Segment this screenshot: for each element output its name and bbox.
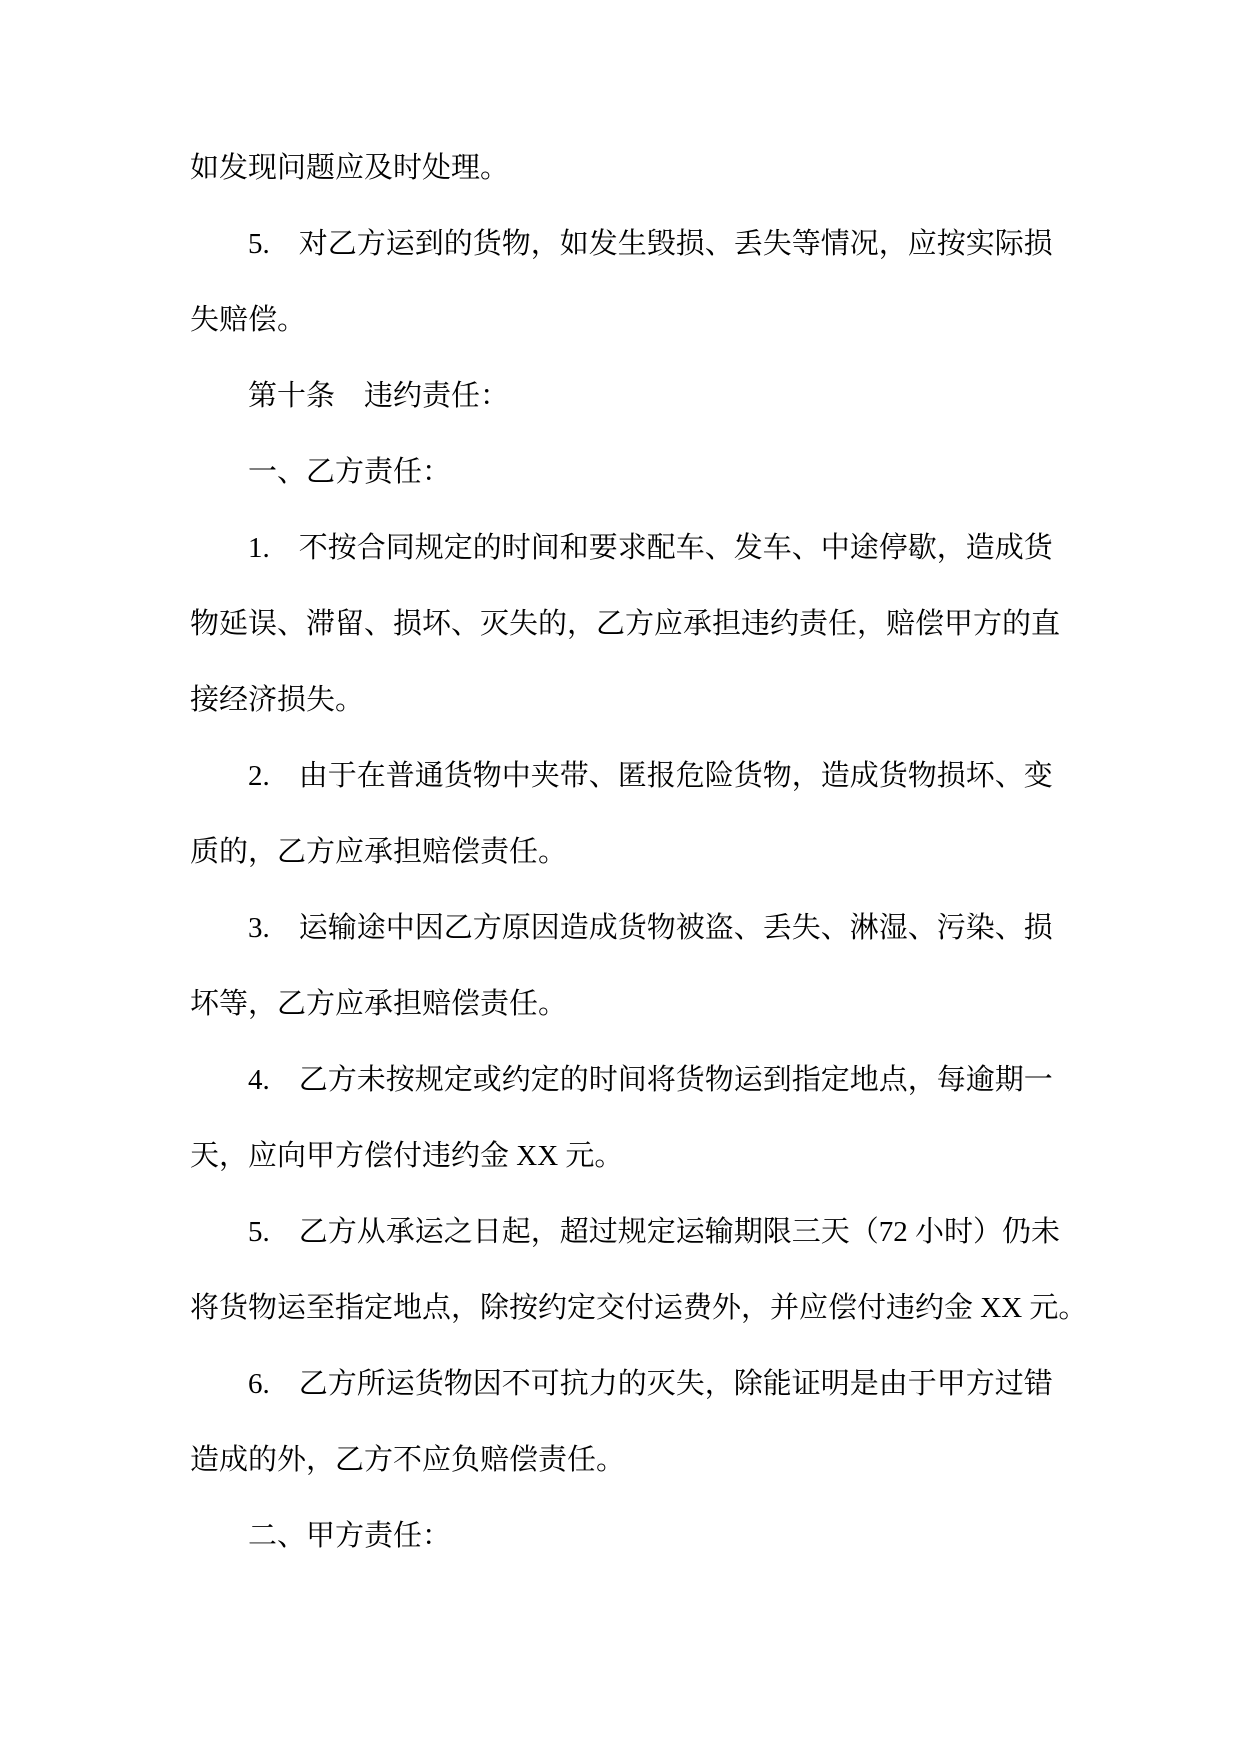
document-text-line: 一、乙方责任： bbox=[190, 434, 1055, 510]
document-text-line: 第十条 违约责任： bbox=[190, 358, 1055, 434]
document-text-line: 1. 不按合同规定的时间和要求配车、发车、中途停歇，造成货 bbox=[190, 510, 1055, 586]
document-text-line: 二、甲方责任： bbox=[190, 1498, 1055, 1574]
document-text-line: 物延误、滞留、损坏、灭失的，乙方应承担违约责任，赔偿甲方的直 bbox=[190, 586, 1055, 662]
document-text-line: 2. 由于在普通货物中夹带、匿报危险货物，造成货物损坏、变 bbox=[190, 738, 1055, 814]
document-text-line: 质的，乙方应承担赔偿责任。 bbox=[190, 814, 1055, 890]
document-text-line: 接经济损失。 bbox=[190, 662, 1055, 738]
document-text-line: 失赔偿。 bbox=[190, 282, 1055, 358]
document-text-line: 天，应向甲方偿付违约金 XX 元。 bbox=[190, 1118, 1055, 1194]
document-text-line: 6. 乙方所运货物因不可抗力的灭失，除能证明是由于甲方过错 bbox=[190, 1346, 1055, 1422]
document-page: 如发现问题应及时处理。5. 对乙方运到的货物，如发生毁损、丢失等情况，应按实际损… bbox=[0, 0, 1241, 1754]
document-text-line: 将货物运至指定地点，除按约定交付运费外，并应偿付违约金 XX 元。 bbox=[190, 1270, 1055, 1346]
document-text-line: 4. 乙方未按规定或约定的时间将货物运到指定地点，每逾期一 bbox=[190, 1042, 1055, 1118]
document-text-line: 5. 对乙方运到的货物，如发生毁损、丢失等情况，应按实际损 bbox=[190, 206, 1055, 282]
document-text-line: 坏等，乙方应承担赔偿责任。 bbox=[190, 966, 1055, 1042]
document-body: 如发现问题应及时处理。5. 对乙方运到的货物，如发生毁损、丢失等情况，应按实际损… bbox=[190, 130, 1055, 1574]
document-text-line: 3. 运输途中因乙方原因造成货物被盗、丢失、淋湿、污染、损 bbox=[190, 890, 1055, 966]
document-text-line: 造成的外，乙方不应负赔偿责任。 bbox=[190, 1422, 1055, 1498]
document-text-line: 如发现问题应及时处理。 bbox=[190, 130, 1055, 206]
document-text-line: 5. 乙方从承运之日起，超过规定运输期限三天（72 小时）仍未 bbox=[190, 1194, 1055, 1270]
